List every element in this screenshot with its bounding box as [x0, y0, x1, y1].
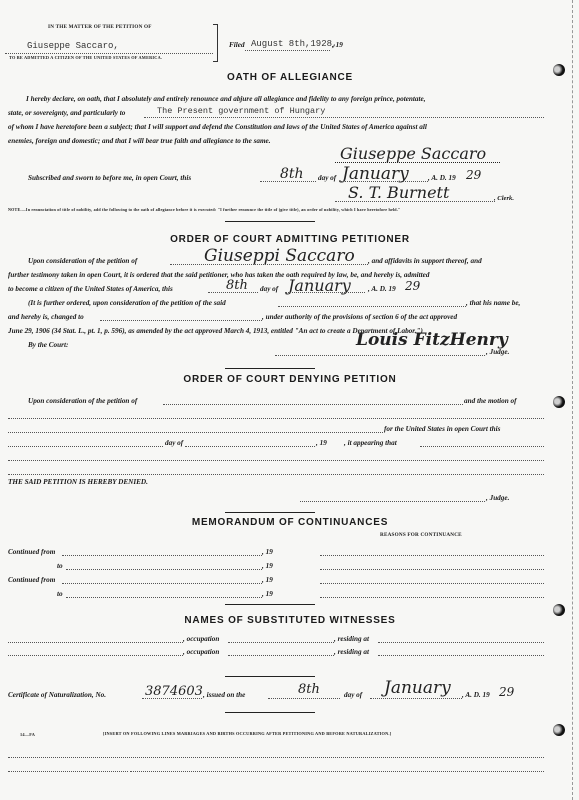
marriages-births-instruction: [INSERT ON FOLLOWING LINES MARRIAGES AND… — [103, 731, 391, 736]
continuance-row-label: to — [57, 562, 63, 570]
petitioner-signature: Giuseppe Saccaro — [340, 144, 486, 163]
admitting-line-1-suffix: , and affidavits in support thereof, and — [368, 257, 482, 265]
oath-line-1: I hereby declare, on oath, that I absolu… — [26, 95, 426, 103]
punch-hole — [553, 724, 565, 736]
sworn-prefix: Subscribed and sworn to before me, in op… — [28, 174, 191, 182]
denying-line-4-suffix: , it appearing that — [344, 439, 397, 447]
filed-date: August 8th,1928, — [251, 39, 337, 49]
sworn-ad: , A. D. 19 — [428, 174, 456, 182]
continuance-row-year: , 19 — [262, 576, 273, 584]
oath-line-4: enemies, foreign and domestic; and that … — [8, 137, 271, 145]
sworn-year: 29 — [466, 168, 481, 182]
oath-line-2-prefix: state, or sovereignty, and particularly … — [8, 109, 125, 117]
petition-denied: THE SAID PETITION IS HEREBY DENIED. — [8, 478, 148, 486]
nobility-note: NOTE.—In renunciation of title of nobili… — [8, 207, 400, 212]
admitting-title: ORDER OF COURT ADMITTING PETITIONER — [130, 234, 450, 245]
certificate-month: January — [384, 678, 451, 698]
sworn-day: 8th — [280, 166, 304, 182]
witnesses-title: NAMES OF SUBSTITUTED WITNESSES — [140, 615, 440, 626]
sworn-day-of: day of — [318, 174, 336, 182]
denying-day-of: day of — [165, 439, 183, 447]
admitting-line-3-prefix: to become a citizen of the United States… — [8, 285, 173, 293]
certificate-day-of: day of — [344, 691, 362, 699]
continuance-row-year: , 19 — [262, 562, 273, 570]
filed-year: , 19 — [332, 41, 343, 49]
oath-foreign-sovereign: The Present government of Hungary — [157, 106, 325, 116]
punch-hole — [553, 396, 565, 408]
witness-occupation-label: , occupation — [183, 648, 219, 656]
admitted-year: 29 — [405, 279, 420, 293]
clerk-label: , Clerk. — [494, 195, 514, 202]
form-code: 14—FA — [20, 732, 35, 737]
continuances-title: MEMORANDUM OF CONTINUANCES — [140, 517, 440, 528]
admitting-line-1-prefix: Upon consideration of the petition of — [28, 257, 137, 265]
denying-line-1-suffix: and the motion of — [464, 397, 517, 405]
oath-title: OATH OF ALLEGIANCE — [210, 72, 370, 83]
certificate-day: 8th — [298, 682, 320, 697]
admit-caption: TO BE ADMITTED A CITIZEN OF THE UNITED S… — [9, 55, 162, 60]
admitted-petitioner-name: Giuseppi Saccaro — [204, 246, 355, 266]
certificate-number: 3874603 — [145, 684, 203, 699]
punch-hole — [553, 64, 565, 76]
admitting-line-4-suffix: , that his name be, — [466, 299, 520, 307]
punch-hole — [553, 604, 565, 616]
by-the-court: By the Court: — [28, 341, 68, 349]
admitting-line-5-prefix: and hereby is, changed to — [8, 313, 84, 321]
certificate-issued: , issued on the — [203, 691, 245, 699]
admitting-line-2: further testimony taken in open Court, i… — [8, 271, 429, 279]
oath-line-3: of whom I have heretofore been a subject… — [8, 123, 427, 131]
judge-signature: Louis FitzHenry — [356, 330, 508, 350]
admitting-line-4-prefix: (It is further ordered, upon considerati… — [28, 299, 226, 307]
denying-judge-label: , Judge. — [486, 494, 509, 502]
certificate-year: 29 — [499, 685, 514, 699]
continuance-row-year: , 19 — [262, 590, 273, 598]
denying-line-1-prefix: Upon consideration of the petition of — [28, 397, 137, 405]
admitting-day-of: day of — [260, 285, 278, 293]
admitting-ad: , A. D. 19 — [368, 285, 396, 293]
certificate-ad: , A. D. 19 — [462, 691, 490, 699]
petition-caption: IN THE MATTER OF THE PETITION OF — [48, 24, 152, 30]
denying-line-3-suffix: for the United States in open Court this — [384, 425, 500, 433]
admitted-day: 8th — [226, 278, 248, 293]
admitting-line-5-suffix: , under authority of the provisions of s… — [262, 313, 457, 321]
reasons-header: REASONS FOR CONTINUANCE — [380, 532, 462, 538]
witness-residing-label: , residing at — [334, 635, 369, 643]
continuance-row-label: Continued from — [8, 548, 55, 556]
certificate-prefix: Certificate of Naturalization, No. — [8, 691, 106, 699]
continuance-row-label: Continued from — [8, 576, 55, 584]
petitioner-name: Giuseppe Saccaro, — [27, 41, 119, 51]
denying-title: ORDER OF COURT DENYING PETITION — [140, 374, 440, 385]
header-bracket — [213, 24, 218, 62]
continuance-row-year: , 19 — [262, 548, 273, 556]
perforation-edge — [572, 0, 573, 800]
continuance-row-label: to — [57, 590, 63, 598]
witness-residing-label: , residing at — [334, 648, 369, 656]
witness-occupation-label: , occupation — [183, 635, 219, 643]
denying-year: , 19 — [316, 439, 327, 447]
admitting-judge-label: , Judge. — [486, 348, 509, 356]
filed-label: Filed — [229, 41, 245, 49]
clerk-signature: S. T. Burnett — [348, 183, 449, 202]
